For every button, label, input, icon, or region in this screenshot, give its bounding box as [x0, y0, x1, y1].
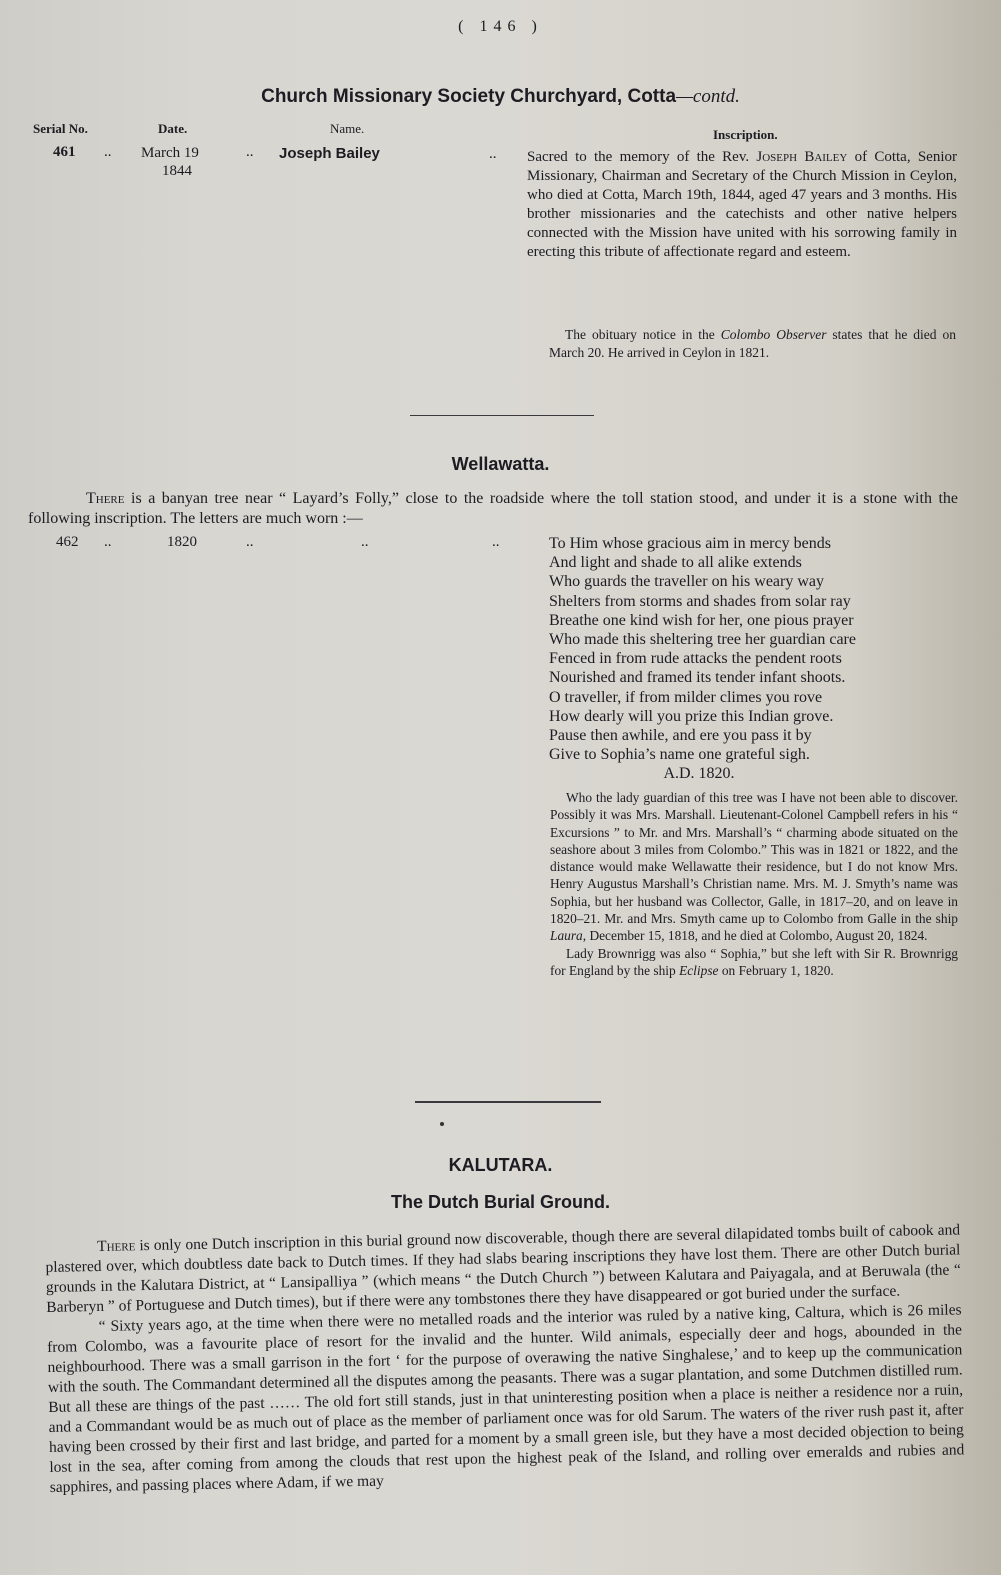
entry-separator: .. [492, 534, 500, 551]
entry-serial: 461 [53, 144, 76, 161]
column-header-name: Name. [330, 121, 364, 137]
entry-separator: .. [489, 146, 497, 163]
poem-line: And light and shade to all alike extends [549, 553, 969, 572]
section-title-cotta: Church Missionary Society Churchyard, Co… [0, 86, 1001, 108]
page-speck [440, 1122, 444, 1126]
inscription-paragraph: Sacred to the memory of the Rev. Joseph … [527, 148, 957, 262]
poem-line: Who made this sheltering tree her guardi… [549, 630, 969, 649]
section-divider [415, 1101, 601, 1103]
poem-line: Nourished and framed its tender infant s… [549, 668, 969, 687]
poem-line: Give to Sophia’s name one grateful sigh. [549, 745, 969, 764]
section-title-wellawatta: Wellawatta. [0, 454, 1001, 475]
poem-line: Pause then awhile, and ere you pass it b… [549, 726, 969, 745]
poem-line: Fenced in from rude attacks the pendent … [549, 649, 969, 668]
entry-separator: .. [246, 144, 254, 161]
column-header-serial: Serial No. [33, 121, 88, 137]
poem-inscription: To Him whose gracious aim in mercy bends… [549, 534, 969, 784]
poem-line: How dearly will you prize this Indian gr… [549, 707, 969, 726]
wellawatta-intro: There is a banyan tree near “ Layard’s F… [28, 489, 958, 529]
entry-year: 1844 [162, 163, 192, 180]
entry-date: March 19 [141, 145, 199, 162]
poem-line: Who guards the traveller on his weary wa… [549, 572, 969, 591]
entry-separator: .. [104, 144, 112, 161]
column-header-inscription: Inscription. [713, 127, 778, 143]
entry-name: Joseph Bailey [279, 145, 380, 162]
poem-line: Breathe one kind wish for her, one pious… [549, 611, 969, 630]
ship-name: Eclipse [679, 963, 718, 978]
poem-date: A.D. 1820. [549, 764, 969, 783]
wellawatta-note: Who the lady guardian of this tree was I… [550, 789, 958, 979]
note-paragraph: Lady Brownrigg was also “ Sophia,” but s… [550, 945, 958, 980]
entry-date: 1820 [167, 534, 197, 551]
entry-separator: .. [104, 534, 112, 551]
section-title-text: Church Missionary Society Churchyard, Co… [261, 86, 676, 107]
section-title-kalutara: KALUTARA. [0, 1155, 1001, 1176]
column-header-date: Date. [158, 121, 187, 137]
poem-line: To Him whose gracious aim in mercy bends [549, 534, 969, 553]
ship-name: Laura [550, 928, 583, 943]
page-number: ( 146 ) [0, 18, 1001, 36]
section-divider [410, 415, 594, 416]
poem-line: Shelters from storms and shades from sol… [549, 592, 969, 611]
newspaper-title: Colombo Observer [721, 327, 827, 342]
entry-separator: .. [246, 534, 254, 551]
poem-line: O traveller, if from milder climes you r… [549, 688, 969, 707]
inscription-name: Joseph Bailey [756, 149, 847, 165]
kalutara-text: There is only one Dutch inscription in t… [45, 1220, 965, 1498]
intro-first-word: There [28, 490, 125, 507]
section-title-suffix: —contd. [676, 86, 740, 107]
inscription-note: The obituary notice in the Colombo Obser… [549, 326, 956, 361]
inscription-text: Sacred to the memory of the Rev. Joseph … [527, 148, 957, 262]
entry-serial: 462 [56, 534, 79, 551]
kalutara-paragraph: “ Sixty years ago, at the time when ther… [47, 1300, 965, 1498]
entry-separator: .. [361, 534, 369, 551]
section-subtitle-dutch-burial-ground: The Dutch Burial Ground. [0, 1192, 1001, 1213]
note-paragraph: Who the lady guardian of this tree was I… [550, 789, 958, 945]
